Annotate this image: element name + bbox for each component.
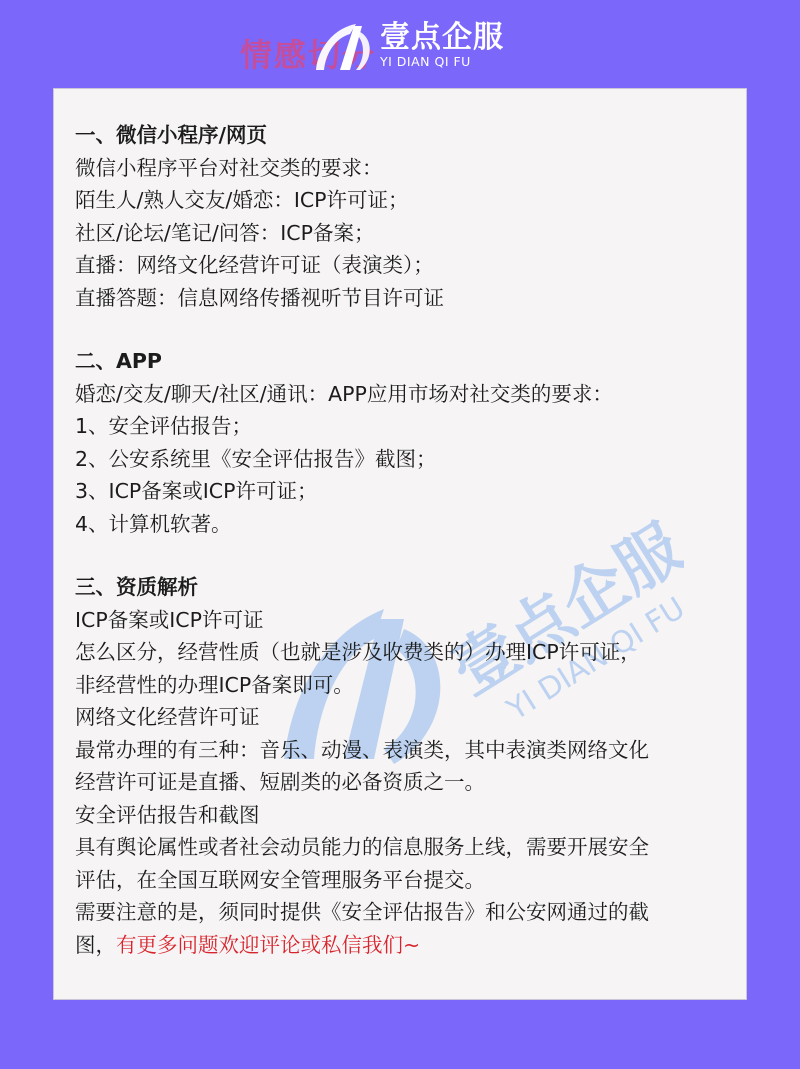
text-line: 评估，在全国互联网安全管理服务平台提交。: [75, 864, 735, 897]
section-app: 二、APP 婚恋/交友/聊天/社区/通讯：APP应用市场对社交类的要求： 1、安…: [75, 345, 735, 540]
list-item: 1、安全评估报告；: [75, 410, 735, 443]
call-to-action-text: 有更多问题欢迎评论或私信我们~: [116, 933, 420, 957]
brand-name-en: YI DIAN QI FU: [380, 54, 504, 70]
text-prefix: 图，: [75, 933, 116, 957]
subheading: ICP备案或ICP许可证: [75, 604, 735, 637]
text-line: 需要注意的是，须同时提供《安全评估报告》和公安网通过的截: [75, 896, 735, 929]
text-line: 微信小程序平台对社交类的要求：: [75, 152, 735, 185]
section-wechat: 一、微信小程序/网页 微信小程序平台对社交类的要求： 陌生人/熟人交友/婚恋：I…: [75, 119, 735, 314]
section-qualification: 三、资质解析 ICP备案或ICP许可证 怎么区分，经营性质（也就是涉及收费类的）…: [75, 571, 735, 961]
brand-logo: 壹点企服 YI DIAN QI FU: [310, 18, 504, 74]
text-line: 陌生人/熟人交友/婚恋：ICP许可证；: [75, 184, 735, 217]
section-title: 一、微信小程序/网页: [75, 119, 735, 152]
text-line: 社区/论坛/笔记/问答：ICP备案；: [75, 217, 735, 250]
text-line: 直播答题：信息网络传播视听节目许可证: [75, 282, 735, 315]
brand-name-cn: 壹点企服: [380, 22, 504, 54]
header: 情感切分 壹点企服 YI DIAN QI FU: [0, 0, 800, 88]
text-line: 图，有更多问题欢迎评论或私信我们~: [75, 929, 735, 962]
text-line: 最常办理的有三种：音乐、动漫、表演类，其中表演类网络文化: [75, 734, 735, 767]
article-body: 一、微信小程序/网页 微信小程序平台对社交类的要求： 陌生人/熟人交友/婚恋：I…: [75, 119, 735, 961]
section-title: 三、资质解析: [75, 571, 735, 604]
subheading: 网络文化经营许可证: [75, 701, 735, 734]
text-line: 直播：网络文化经营许可证（表演类）；: [75, 249, 735, 282]
text-line: 具有舆论属性或者社会动员能力的信息服务上线，需要开展安全: [75, 831, 735, 864]
list-item: 4、计算机软著。: [75, 508, 735, 541]
text-line: 经营许可证是直播、短剧类的必备资质之一。: [75, 766, 735, 799]
list-item: 3、ICP备案或ICP许可证；: [75, 475, 735, 508]
subheading: 安全评估报告和截图: [75, 799, 735, 832]
content-card: 壹点企服 YI DIAN QI FU 一、微信小程序/网页 微信小程序平台对社交…: [53, 88, 747, 1000]
text-line: 非经营性的办理ICP备案即可。: [75, 669, 735, 702]
text-line: 婚恋/交友/聊天/社区/通讯：APP应用市场对社交类的要求：: [75, 378, 735, 411]
logo-mark-icon: [310, 18, 376, 74]
section-title: 二、APP: [75, 345, 735, 378]
list-item: 2、公安系统里《安全评估报告》截图；: [75, 443, 735, 476]
text-line: 怎么区分，经营性质（也就是涉及收费类的）办理ICP许可证，: [75, 636, 735, 669]
